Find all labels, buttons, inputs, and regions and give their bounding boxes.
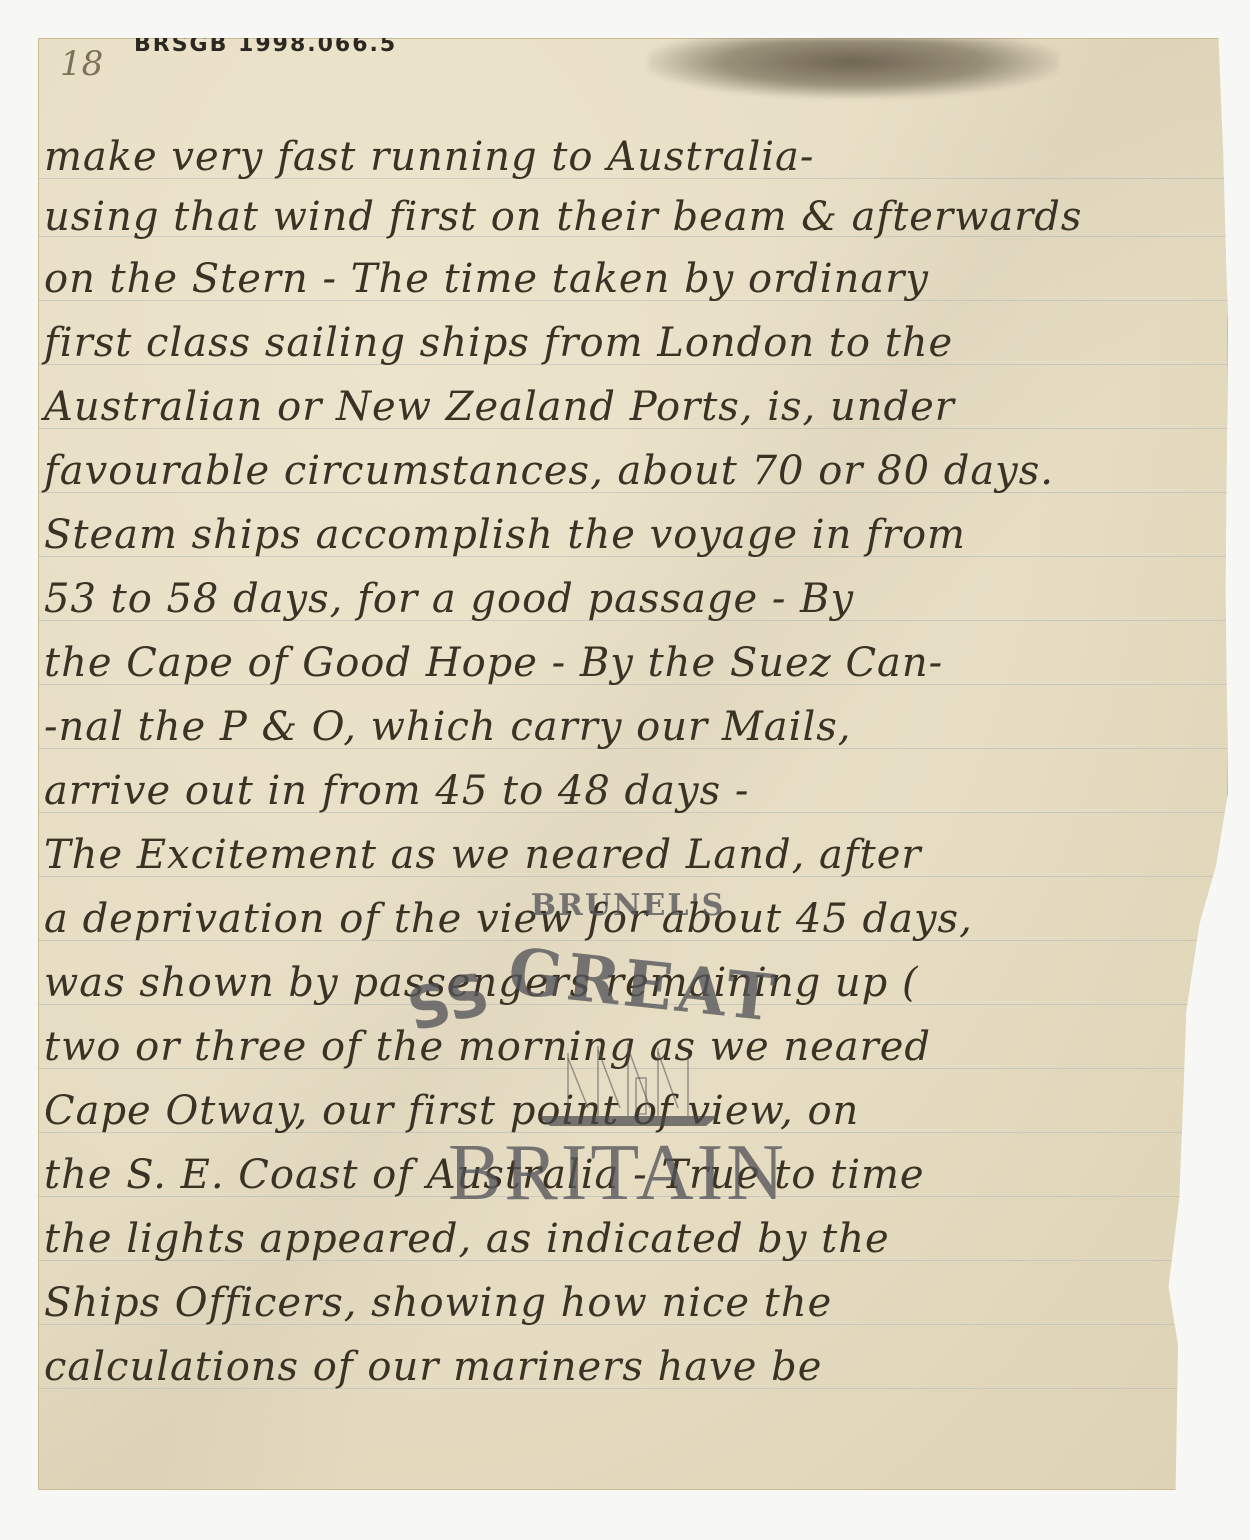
- text-line: Steam ships accomplish the voyage in fro…: [44, 512, 966, 558]
- ink-stain: [648, 38, 1058, 98]
- accession-number: BRSGB 1998.066.5: [134, 32, 397, 57]
- text-line: a deprivation of the view for about 45 d…: [44, 896, 973, 942]
- text-line: favourable circumstances, about 70 or 80…: [44, 448, 1054, 494]
- text-line: the Cape of Good Hope - By the Suez Can-: [44, 640, 943, 686]
- text-line: the lights appeared, as indicated by the: [44, 1216, 890, 1262]
- letter-page: BRSGB 1998.066.5 18 make very fast runni…: [38, 38, 1228, 1490]
- text-line: Cape Otway, our first point of view, on: [44, 1088, 859, 1134]
- text-line: arrive out in from 45 to 48 days -: [44, 768, 749, 814]
- text-line: -nal the P & O, which carry our Mails,: [44, 704, 851, 750]
- text-line: using that wind first on their beam & af…: [44, 194, 1082, 240]
- text-line: Ships Officers, showing how nice the: [44, 1280, 832, 1326]
- text-line: two or three of the morning as we neared: [44, 1024, 931, 1070]
- text-line: calculations of our mariners have be: [44, 1344, 822, 1390]
- text-line: Australian or New Zealand Ports, is, und…: [44, 384, 955, 430]
- text-line: on the Stern - The time taken by ordinar…: [44, 256, 929, 302]
- page-number: 18: [60, 44, 103, 84]
- text-line: The Excitement as we neared Land, after: [44, 832, 922, 878]
- text-line: first class sailing ships from London to…: [44, 320, 953, 366]
- text-line: make very fast running to Australia-: [44, 134, 814, 180]
- text-line: the S. E. Coast of Australia - True to t…: [44, 1152, 925, 1198]
- text-line: was shown by passengers remaining up (: [44, 960, 919, 1006]
- text-line: 53 to 58 days, for a good passage - By: [44, 576, 854, 622]
